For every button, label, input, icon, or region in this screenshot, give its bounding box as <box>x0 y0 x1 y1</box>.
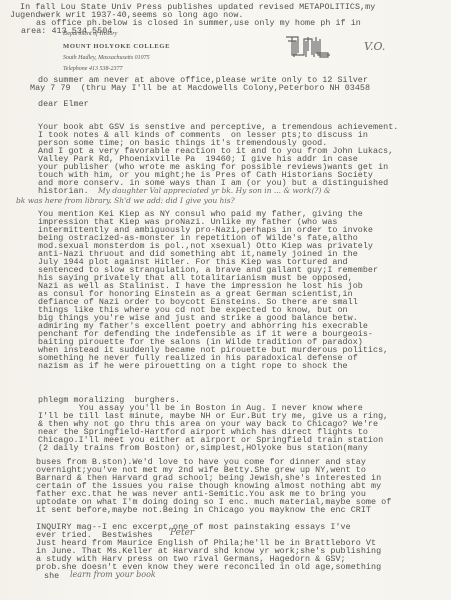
letterhead-address: South Hadley, Massachusetts 01075 <box>63 55 150 61</box>
postscript-line: she <box>44 572 59 580</box>
letterhead-department: Department of History <box>63 31 117 37</box>
body-line: (2 daily trains from Boston) or,simplest… <box>38 444 368 452</box>
letter-page: In fall Lou State Univ Press publishes u… <box>0 0 451 600</box>
handwritten-insert-line-2: bk was here from library. Sh'd we add: d… <box>16 196 235 205</box>
handwritten-signature: Peter <box>170 528 194 538</box>
salutation: dear Elmer <box>38 100 89 108</box>
handwritten-initials: V.O. <box>364 40 385 53</box>
mh-monogram-logo <box>284 33 332 59</box>
body-line: historian. <box>38 187 89 195</box>
handwritten-insert-line-1: My daughter Val appreciated yr bk. Hy so… <box>98 186 331 195</box>
summer-note-line-2: May 7 79 (thru May I'll be at Macdowells… <box>30 84 370 92</box>
handwritten-ending: learn from your book <box>70 570 156 579</box>
body-line: nazism as if he were pirouetting on a ti… <box>38 362 348 370</box>
letterhead-institution: MOUNT HOLYOKE COLLEGE <box>63 43 170 50</box>
body-line: it sent before,maybe not.Being in Chicag… <box>36 506 371 514</box>
letterhead-telephone: Telephone 413 538-2377 <box>63 66 122 72</box>
